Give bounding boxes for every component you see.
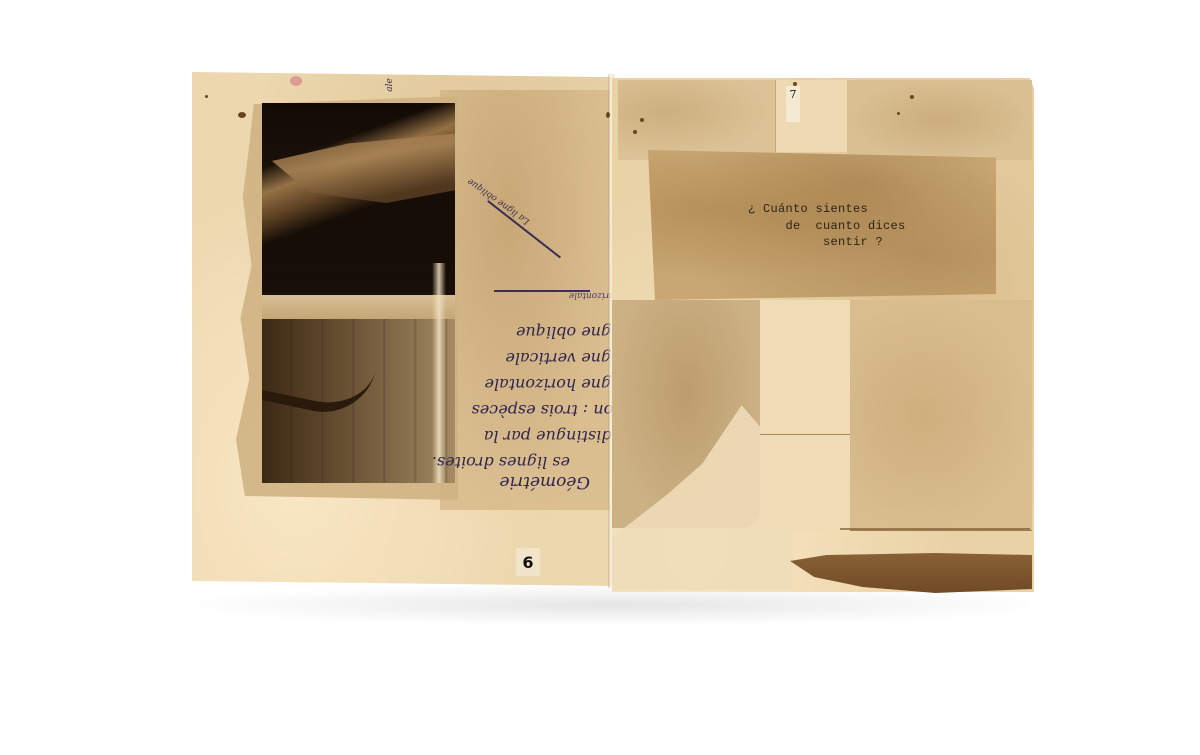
ink-speck (910, 95, 914, 99)
ink-speck (793, 82, 797, 86)
ink-speck (205, 95, 208, 98)
typed-label: ¿ Cuánto sientes de cuanto dices sentir … (648, 150, 996, 300)
sepia-photograph (262, 103, 455, 483)
page-number-left: 6 (516, 548, 540, 576)
typed-line: sentir ? (748, 235, 883, 249)
right-page-vertical-strip (760, 300, 851, 530)
handwritten-line: Géométrie (499, 472, 590, 492)
right-page-upper-right-panel (847, 80, 1032, 160)
handwritten-line: es lignes droites. (432, 453, 570, 472)
panel-bottom-edge (840, 528, 1030, 530)
ink-speck (238, 112, 246, 118)
ink-speck (897, 112, 900, 115)
right-page-lower-panel (850, 300, 1032, 531)
ink-speck (633, 130, 637, 134)
ink-speck (640, 118, 644, 122)
typed-line: de cuanto dices (748, 219, 906, 233)
page-number-right: 7 (786, 86, 800, 122)
pink-ink-mark (290, 76, 302, 86)
strip-crease (760, 434, 850, 435)
handwritten-top-note: ale (385, 78, 395, 92)
typed-line: ¿ Cuánto sientes (748, 202, 868, 216)
photo-scratch (432, 263, 446, 483)
photo-light-band (262, 295, 455, 319)
ink-speck (606, 112, 610, 118)
